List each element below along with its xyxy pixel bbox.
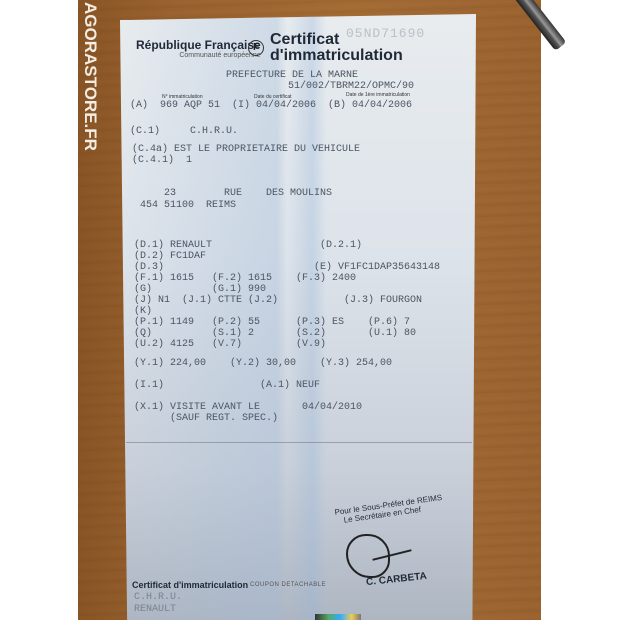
field-line: (C.4a) EST LE PROPRIETAIRE DU VEHICULE [132,144,360,155]
official-stamp: Pour le Sous-Préfet de REIMS Le Secrétai… [334,493,444,526]
fold-line [126,442,472,443]
prefecture-name: PREFECTURE DE LA MARNE [226,70,358,81]
coupon-subtitle: COUPON DETACHABLE [250,582,326,588]
field-line: (G) (G.1) 990 [134,284,266,295]
label-first-registration: Date de 1ère immatriculation [346,92,410,98]
hologram-seal [315,614,361,620]
field-line: (D.1) RENAULT (D.2.1) [134,240,362,251]
field-line: (A) 969 AQP 51 (I) 04/04/2006 (B) 04/04/… [130,100,412,111]
field-line: (I.1) (A.1) NEUF [134,380,320,391]
prefecture-code: 51/002/TBRM22/OPMC/90 [288,81,414,92]
coupon-line: RENAULT [134,604,176,615]
field-line: (P.1) 1149 (P.2) 55 (P.3) ES (P.6) 7 [134,317,410,328]
coupon-title: Certificat d'immatriculation [132,580,248,590]
field-line: 454 51100 REIMS [134,200,236,211]
field-line: (Y.1) 224,00 (Y.2) 30,00 (Y.3) 254,00 [134,358,392,369]
field-line: (C.1) C.H.R.U. [130,126,238,137]
header-country: République Française Communauté européen… [136,38,261,59]
registration-certificate: 05ND71690 République Française Communaut… [120,14,476,620]
field-line: (J) N1 (J.1) CTTE (J.2) (J.3) FOURGON [134,295,422,306]
field-line: (SAUF REGT. SPEC.) [134,413,278,424]
coupon-line: C.H.R.U. [134,592,182,603]
field-line: (D.2) FC1DAF [134,251,206,262]
field-line: (X.1) VISITE AVANT LE 04/04/2010 [134,402,362,413]
field-line: (K) [134,306,152,317]
field-line: (D.3) (E) VF1FC1DAP35643148 [134,262,440,273]
watermark: AGORASTORE.FR [80,2,100,187]
field-line: (Q) (S.1) 2 (S.2) (U.1) 80 [134,328,416,339]
field-line: (U.2) 4125 (V.7) (V.9) [134,339,326,350]
field-line: 23 RUE DES MOULINS [134,188,332,199]
field-line: (C.4.1) 1 [132,155,192,166]
field-line: (F.1) 1615 (F.2) 1615 (F.3) 2400 [134,273,356,284]
document-title: Certificat d'immatriculation [270,32,403,64]
country-code-badge: F [248,40,264,56]
